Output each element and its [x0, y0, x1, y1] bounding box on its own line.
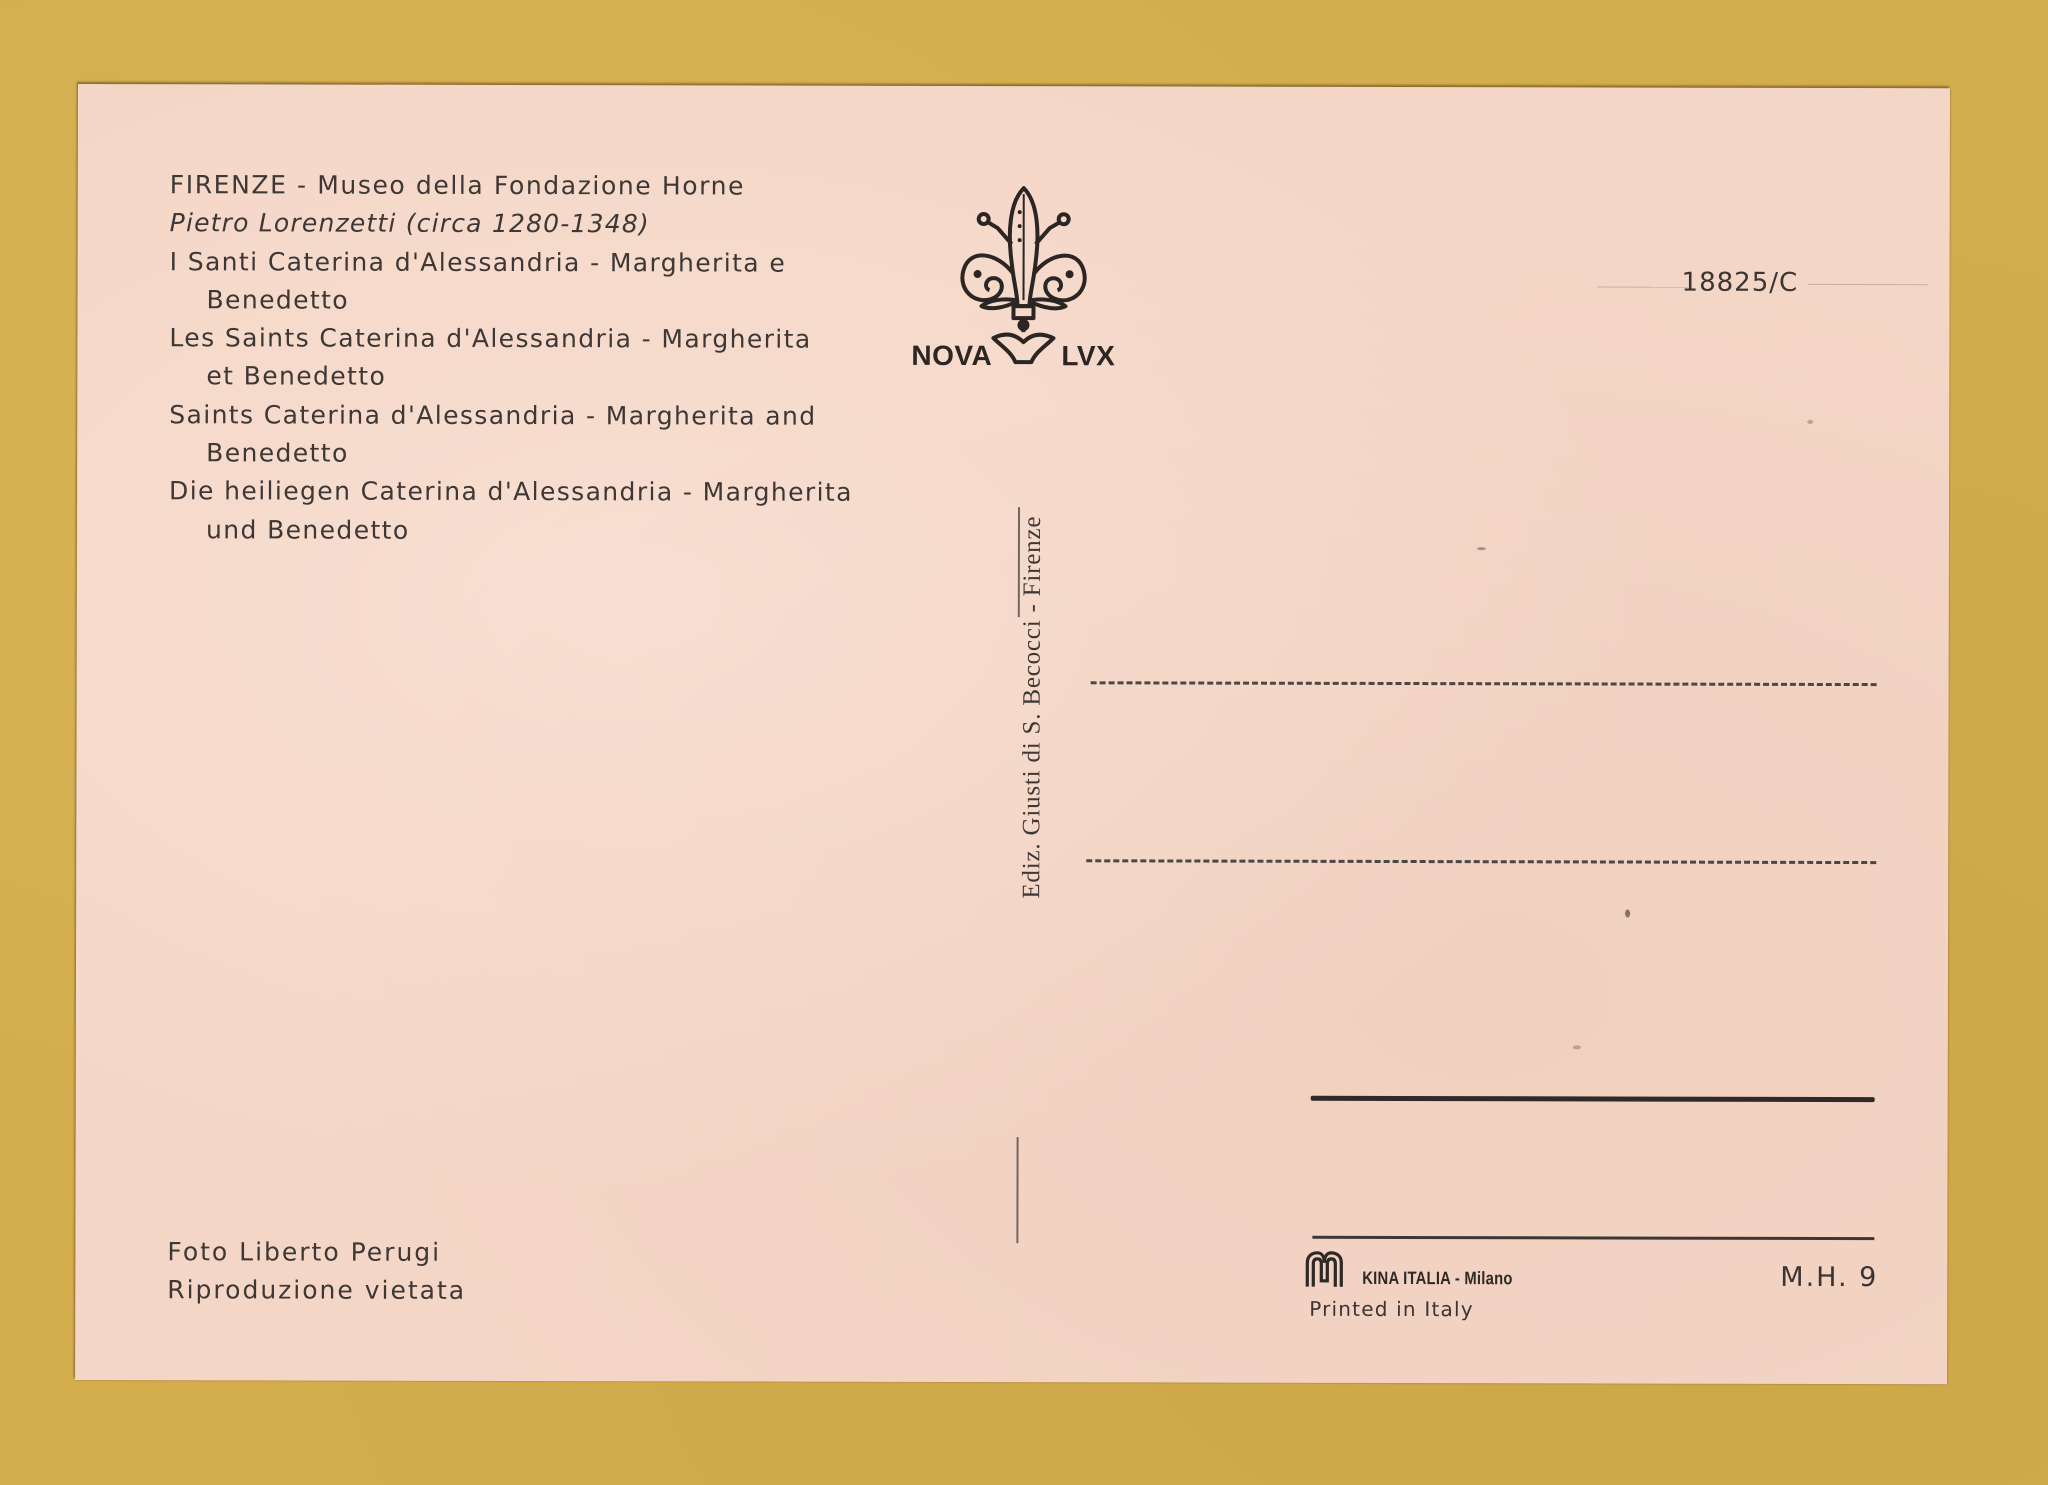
- printer-name: KINA ITALIA - Milano: [1362, 1268, 1512, 1289]
- logo-word-lvx: LVX: [1061, 340, 1115, 372]
- paper-speck: [1477, 547, 1486, 550]
- ref-guide-line-left: [1598, 286, 1688, 287]
- paper-speck: [1625, 910, 1630, 918]
- caption-line-de: Die heiliegen Caterina d'Alessandria - M…: [169, 473, 853, 513]
- caption-title: FIRENZE - Museo della Fondazione Horne: [170, 166, 854, 206]
- credits-block: Foto Liberto Perugi Riproduzione vietata: [167, 1233, 466, 1310]
- copyright-notice: Riproduzione vietata: [167, 1271, 466, 1310]
- caption-line-fr: Les Saints Caterina d'Alessandria - Marg…: [169, 319, 853, 359]
- logo-word-nova: NOVA: [911, 340, 992, 372]
- series-code: M.H. 9: [1780, 1262, 1878, 1293]
- publisher-vertical-text: Ediz. Giusti di S. Becocci - Firenze: [1017, 475, 1048, 939]
- photo-credit: Foto Liberto Perugi: [167, 1233, 466, 1272]
- caption-block: FIRENZE - Museo della Fondazione Horne P…: [169, 166, 854, 551]
- divider-line-bottom: [1016, 1137, 1018, 1243]
- paper-speck: [1807, 420, 1813, 424]
- caption-artist: Pietro Lorenzetti (circa 1280-1348): [170, 205, 854, 245]
- address-line-1: [1091, 681, 1877, 686]
- reference-code: 18825/C: [1682, 268, 1799, 298]
- ref-guide-line-right: [1808, 284, 1928, 285]
- caption-line-fr-cont: et Benedetto: [169, 358, 853, 398]
- kina-logo-icon: [1304, 1251, 1344, 1287]
- caption-line-de-cont: und Benedetto: [169, 511, 853, 551]
- caption-line-en-cont: Benedetto: [169, 434, 853, 474]
- address-line-3: [1311, 1096, 1875, 1102]
- address-line-4: [1312, 1236, 1874, 1240]
- caption-line-it: I Santi Caterina d'Alessandria - Margher…: [170, 243, 854, 283]
- paper-speck: [1573, 1045, 1581, 1049]
- printed-in: Printed in Italy: [1309, 1297, 1474, 1321]
- address-line-2: [1086, 859, 1876, 864]
- caption-line-en: Saints Caterina d'Alessandria - Margheri…: [169, 396, 853, 436]
- caption-line-it-cont: Benedetto: [169, 281, 853, 321]
- nova-lux-logo: NOVA LVX: [911, 182, 1141, 379]
- postcard-back: FIRENZE - Museo della Fondazione Horne P…: [75, 84, 1950, 1384]
